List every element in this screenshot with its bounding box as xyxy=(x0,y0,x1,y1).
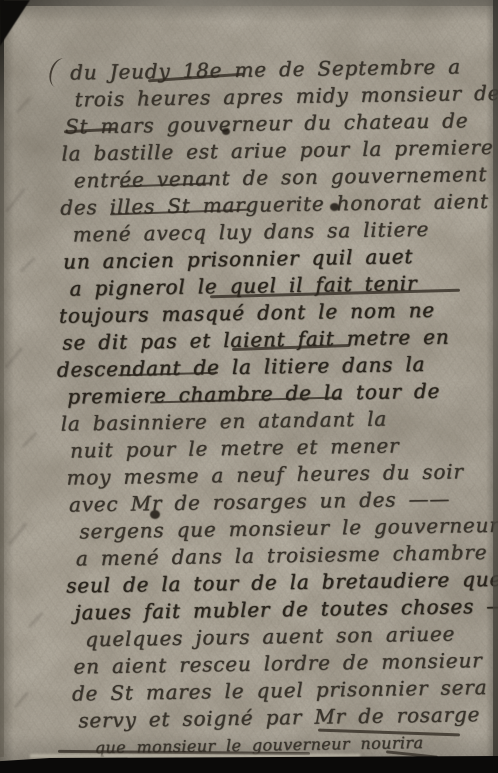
photo-edge-top xyxy=(0,0,498,6)
paper: du Jeudy 18e me de Septembre a trois heu… xyxy=(0,0,498,773)
handwritten-text: du Jeudy 18e me de Septembre a trois heu… xyxy=(0,53,498,763)
photo-edge-left xyxy=(0,0,4,757)
photo-edge-bottom xyxy=(0,756,498,773)
photo-edge-right xyxy=(493,0,498,757)
manuscript-photo: du Jeudy 18e me de Septembre a trois heu… xyxy=(0,0,498,773)
photo-corner-shadow xyxy=(0,0,30,46)
